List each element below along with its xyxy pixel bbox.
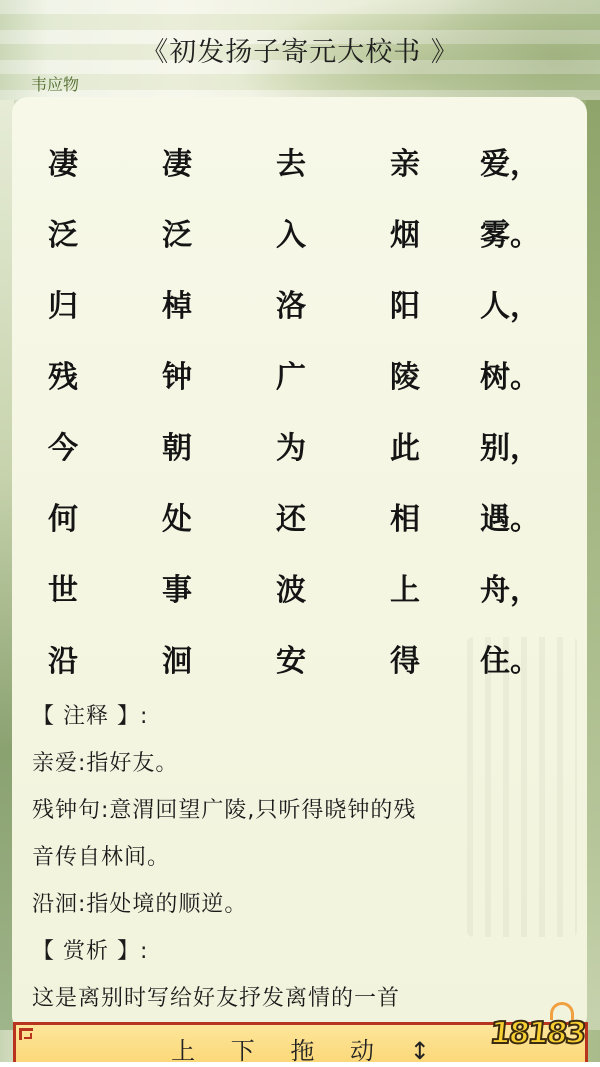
poem-line: 残 钟 广 陵 树。: [48, 338, 568, 409]
drag-label-text: 上 下 拖 动: [171, 1037, 388, 1065]
up-down-arrow-icon: ↕: [410, 1037, 430, 1065]
poem-title: 《初发扬子寄元大校书 》: [0, 30, 600, 69]
poem-char: 阳: [390, 281, 480, 325]
poem-char: 世: [48, 565, 162, 609]
poem-char: 别，: [480, 423, 568, 467]
notes-section: 【 注释 】: 亲爱:指好友。 残钟句:意渭回望广陵,只听得晓钟的残 音传自林间…: [32, 693, 572, 1022]
poem-body: 凄 凄 去 亲 爱， 泛 泛 入 烟 雾。 归 棹 洛 阳 人， 残 钟 广 陵…: [48, 125, 568, 693]
poem-char: 人，: [480, 281, 568, 325]
poem-line: 今 朝 为 此 别，: [48, 409, 568, 480]
poem-line: 泛 泛 入 烟 雾。: [48, 196, 568, 267]
poem-line: 何 处 还 相 遇。: [48, 480, 568, 551]
annotation-line: 音传自林间。: [32, 834, 572, 881]
poem-char: 今: [48, 423, 162, 467]
poem-char: 住。: [480, 636, 568, 680]
annotation-heading: 【 注释 】:: [32, 693, 572, 740]
poem-line: 沿 洄 安 得 住。: [48, 622, 568, 693]
poem-char: 还: [276, 494, 390, 538]
poem-char: 安: [276, 636, 390, 680]
poem-scroll-panel[interactable]: 凄 凄 去 亲 爱， 泛 泛 入 烟 雾。 归 棹 洛 阳 人， 残 钟 广 陵…: [12, 97, 587, 1032]
poem-char: 雾。: [480, 210, 568, 254]
poem-char: 亲: [390, 139, 480, 183]
poem-char: 洄: [162, 636, 276, 680]
site-watermark-logo: 18183: [490, 1000, 590, 1060]
poem-char: 棹: [162, 281, 276, 325]
poem-char: 得: [390, 636, 480, 680]
appreciation-heading: 【 赏析 】:: [32, 928, 572, 975]
poem-line: 凄 凄 去 亲 爱，: [48, 125, 568, 196]
background-right-edge: [586, 100, 600, 1030]
poem-char: 陵: [390, 352, 480, 396]
annotation-line: 残钟句:意渭回望广陵,只听得晓钟的残: [32, 787, 572, 834]
poem-char: 遇。: [480, 494, 568, 538]
poem-char: 钟: [162, 352, 276, 396]
poem-char: 此: [390, 423, 480, 467]
poem-author: 韦应物: [31, 72, 79, 95]
poem-char: 树。: [480, 352, 568, 396]
poem-char: 朝: [162, 423, 276, 467]
annotation-line: 亲爱:指好友。: [32, 740, 572, 787]
poem-char: 广: [276, 352, 390, 396]
poem-char: 处: [162, 494, 276, 538]
poem-char: 相: [390, 494, 480, 538]
poem-line: 世 事 波 上 舟，: [48, 551, 568, 622]
poem-line: 归 棹 洛 阳 人，: [48, 267, 568, 338]
poem-char: 爱，: [480, 139, 568, 183]
poem-char: 为: [276, 423, 390, 467]
poem-char: 事: [162, 565, 276, 609]
poem-char: 泛: [162, 210, 276, 254]
poem-char: 去: [276, 139, 390, 183]
poem-char: 波: [276, 565, 390, 609]
poem-char: 沿: [48, 636, 162, 680]
poem-char: 凄: [48, 139, 162, 183]
poem-char: 残: [48, 352, 162, 396]
poem-char: 洛: [276, 281, 390, 325]
poem-char: 烟: [390, 210, 480, 254]
annotation-line: 沿洄:指处境的顺逆。: [32, 881, 572, 928]
poem-char: 上: [390, 565, 480, 609]
poem-char: 泛: [48, 210, 162, 254]
poem-char: 何: [48, 494, 162, 538]
bottom-margin: [0, 1062, 600, 1067]
poem-char: 入: [276, 210, 390, 254]
poem-char: 归: [48, 281, 162, 325]
poem-char: 舟，: [480, 565, 568, 609]
poem-char: 凄: [162, 139, 276, 183]
logo-text: 18183: [488, 1016, 586, 1051]
